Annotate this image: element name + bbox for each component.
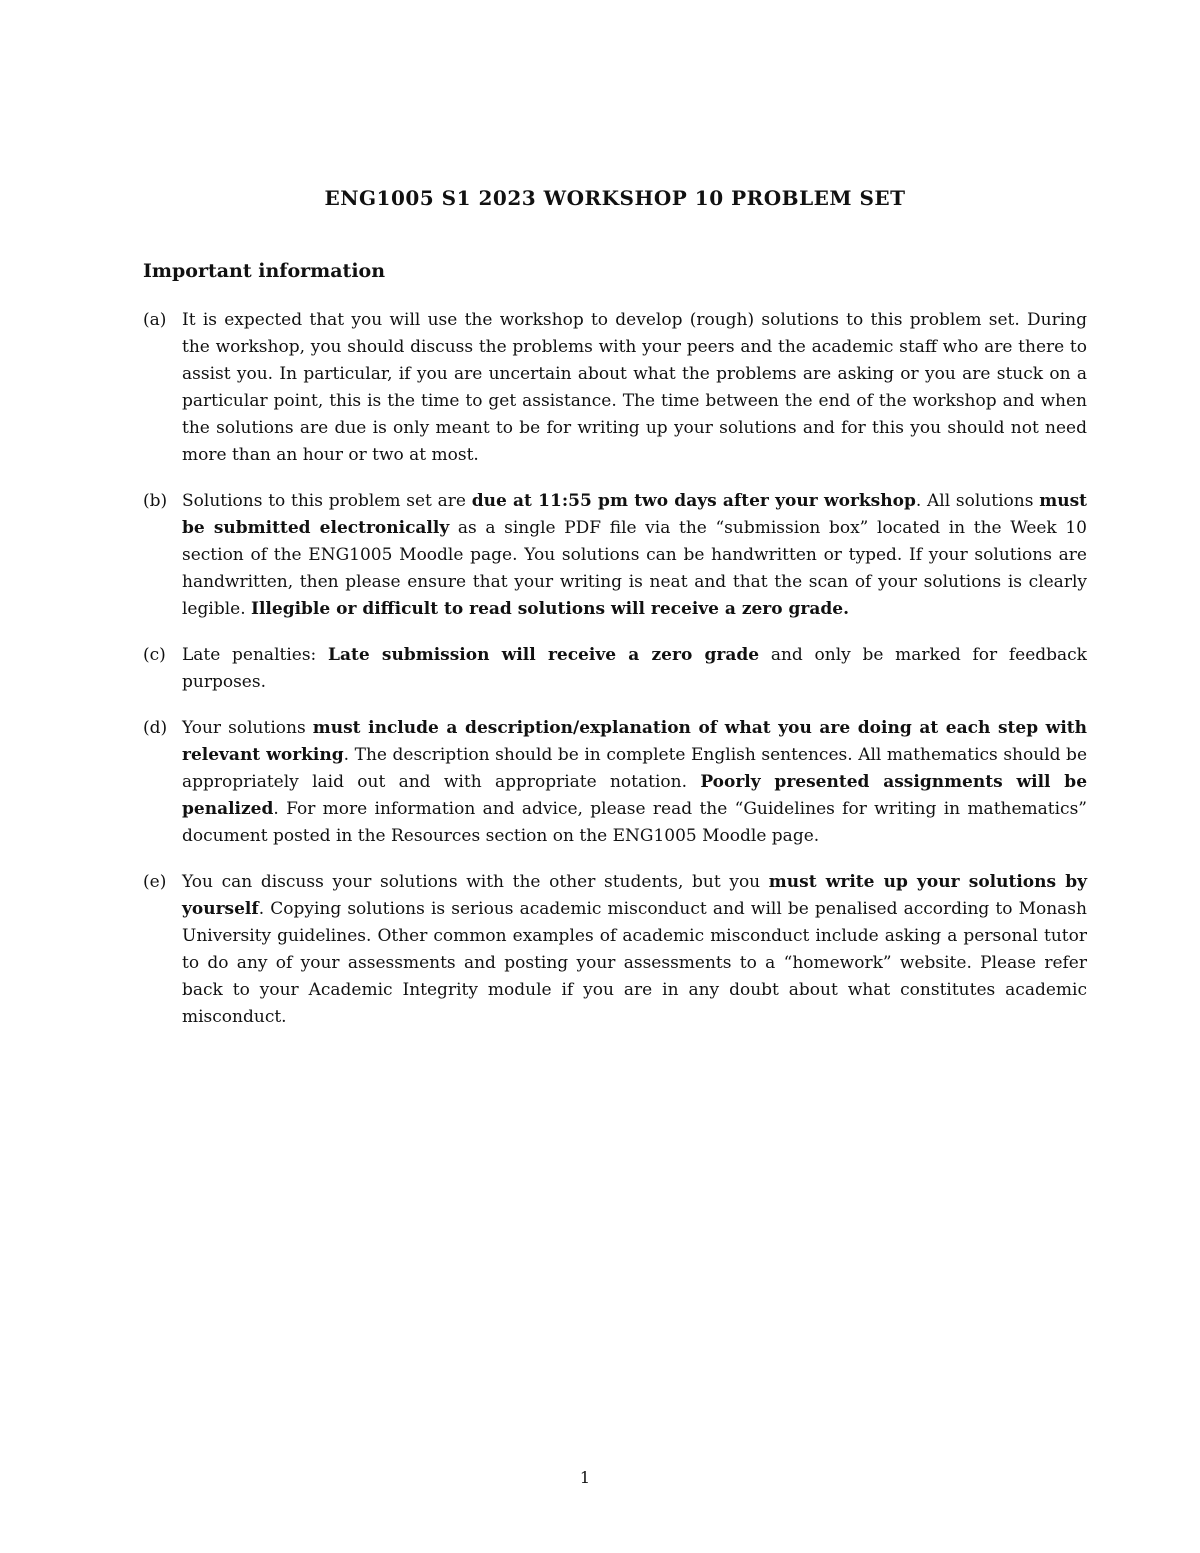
list-item-c: (c) Late penalties: Late submission will… xyxy=(143,642,1087,696)
item-label: (d) xyxy=(143,715,182,742)
item-text: Solutions to this problem set are due at… xyxy=(182,488,1087,623)
item-label: (c) xyxy=(143,642,182,669)
page-title: ENG1005 S1 2023 WORKSHOP 10 PROBLEM SET xyxy=(143,186,1087,210)
page-number: 1 xyxy=(0,1464,1170,1491)
list-item-e: (e) You can discuss your solutions with … xyxy=(143,869,1087,1031)
list-item-d: (d) Your solutions must include a descri… xyxy=(143,715,1087,850)
item-label: (a) xyxy=(143,307,182,334)
item-text: Late penalties: Late submission will rec… xyxy=(182,642,1087,696)
item-text: Your solutions must include a descriptio… xyxy=(182,715,1087,850)
item-text: It is expected that you will use the wor… xyxy=(182,307,1087,469)
item-text: You can discuss your solutions with the … xyxy=(182,869,1087,1031)
list-item-b: (b) Solutions to this problem set are du… xyxy=(143,488,1087,623)
item-label: (e) xyxy=(143,869,182,896)
list-item-a: (a) It is expected that you will use the… xyxy=(143,307,1087,469)
section-heading: Important information xyxy=(143,260,1087,283)
item-label: (b) xyxy=(143,488,182,515)
document-page: ENG1005 S1 2023 WORKSHOP 10 PROBLEM SET … xyxy=(0,0,1200,1553)
important-info-list: (a) It is expected that you will use the… xyxy=(143,307,1087,1031)
